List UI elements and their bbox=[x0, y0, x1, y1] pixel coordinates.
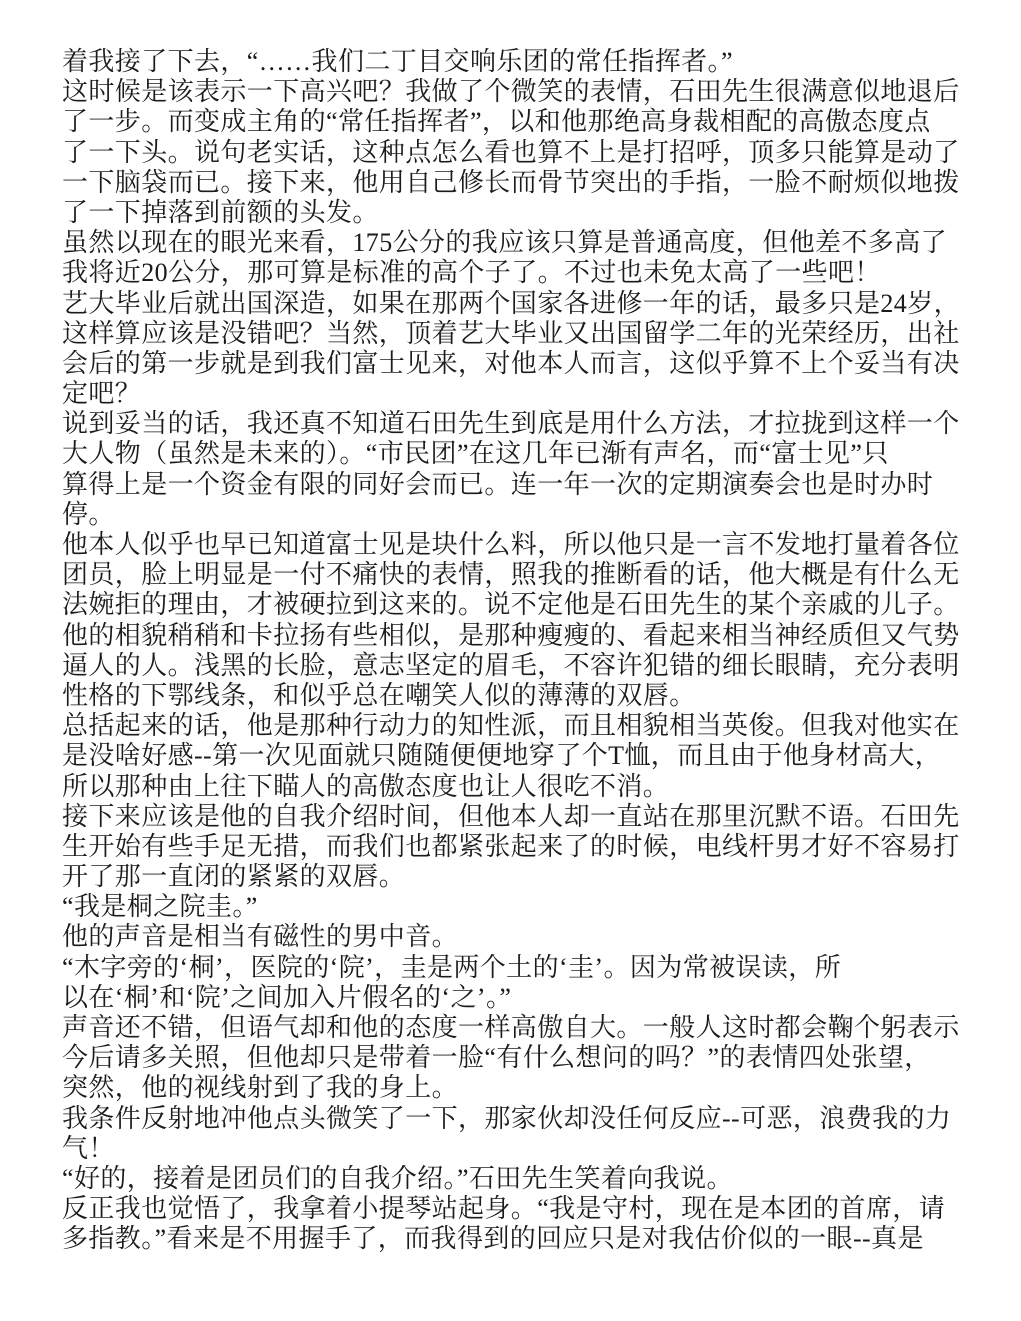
text-line: 是没啥好感--第一次见面就只随随便便地穿了个T恤，而且由于他身材高大， bbox=[62, 741, 967, 771]
text-line: 总括起来的话，他是那种行动力的知性派，而且相貌相当英俊。但我对他实在 bbox=[62, 711, 967, 741]
text-line: “木字旁的‘桐’，医院的‘院’，圭是两个土的‘圭’。因为常被误读，所 bbox=[62, 953, 967, 983]
text-line: 算得上是一个资金有限的同好会而已。连一年一次的定期演奏会也是时办时 bbox=[62, 470, 967, 500]
text-line: 着我接了下去，“……我们二丁目交响乐团的常任指挥者。” bbox=[62, 47, 967, 77]
text-line: 生开始有些手足无措，而我们也都紧张起来了的时候，电线杆男才好不容易打 bbox=[62, 832, 967, 862]
text-line: 反正我也觉悟了，我拿着小提琴站起身。“我是守村，现在是本团的首席，请 bbox=[62, 1194, 967, 1224]
text-line: 定吧？ bbox=[62, 379, 967, 409]
text-line: 他的相貌稍稍和卡拉扬有些相似，是那种瘦瘦的、看起来相当神经质但又气势 bbox=[62, 621, 967, 651]
text-line: 多指教。”看来是不用握手了，而我得到的回应只是对我估价似的一眼--真是 bbox=[62, 1224, 967, 1254]
text-line: 今后请多关照，但他却只是带着一脸“有什么想问的吗？”的表情四处张望， bbox=[62, 1043, 967, 1073]
text-line: 所以那种由上往下瞄人的高傲态度也让人很吃不消。 bbox=[62, 772, 967, 802]
text-line: 开了那一直闭的紧紧的双唇。 bbox=[62, 862, 967, 892]
text-line: 以在‘桐’和‘院’之间加入片假名的‘之’。” bbox=[62, 983, 967, 1013]
text-line: 法婉拒的理由，才被硬拉到这来的。说不定他是石田先生的某个亲戚的儿子。 bbox=[62, 590, 967, 620]
text-line: “我是桐之院圭。” bbox=[62, 892, 967, 922]
text-line: 了一下掉落到前额的头发。 bbox=[62, 198, 967, 228]
text-line: 这样算应该是没错吧？当然，顶着艺大毕业又出国留学二年的光荣经历，出社 bbox=[62, 319, 967, 349]
page-text: 着我接了下去，“……我们二丁目交响乐团的常任指挥者。”这时候是该表示一下高兴吧？… bbox=[62, 47, 967, 1255]
text-line: 他的声音是相当有磁性的男中音。 bbox=[62, 922, 967, 952]
text-line: 会后的第一步就是到我们富士见来，对他本人而言，这似乎算不上个妥当有决 bbox=[62, 349, 967, 379]
text-line: 停。 bbox=[62, 500, 967, 530]
text-line: 这时候是该表示一下高兴吧？我做了个微笑的表情，石田先生很满意似地退后 bbox=[62, 77, 967, 107]
text-line: 我条件反射地冲他点头微笑了一下，那家伙却没任何反应--可恶，浪费我的力 bbox=[62, 1104, 967, 1134]
text-line: 气！ bbox=[62, 1134, 967, 1164]
text-line: 声音还不错，但语气却和他的态度一样高傲自大。一般人这时都会鞠个躬表示 bbox=[62, 1013, 967, 1043]
document-page: 着我接了下去，“……我们二丁目交响乐团的常任指挥者。”这时候是该表示一下高兴吧？… bbox=[0, 0, 1021, 1321]
text-line: 他本人似乎也早已知道富士见是块什么料，所以他只是一言不发地打量着各位 bbox=[62, 530, 967, 560]
text-line: 接下来应该是他的自我介绍时间，但他本人却一直站在那里沉默不语。石田先 bbox=[62, 802, 967, 832]
text-line: 我将近20公分，那可算是标准的高个子了。不过也未免太高了一些吧！ bbox=[62, 258, 967, 288]
text-line: “好的，接着是团员们的自我介绍。”石田先生笑着向我说。 bbox=[62, 1164, 967, 1194]
text-line: 逼人的人。浅黑的长脸，意志坚定的眉毛，不容许犯错的细长眼睛，充分表明 bbox=[62, 651, 967, 681]
text-line: 性格的下鄂线条，和似乎总在嘲笑人似的薄薄的双唇。 bbox=[62, 681, 967, 711]
text-line: 突然，他的视线射到了我的身上。 bbox=[62, 1073, 967, 1103]
text-line: 了一步。而变成主角的“常任指挥者”，以和他那绝高身裁相配的高傲态度点 bbox=[62, 107, 967, 137]
text-line: 了一下头。说句老实话，这种点怎么看也算不上是打招呼，顶多只能算是动了 bbox=[62, 138, 967, 168]
text-line: 虽然以现在的眼光来看，175公分的我应该只算是普通高度，但他差不多高了 bbox=[62, 228, 967, 258]
text-line: 团员，脸上明显是一付不痛快的表情，照我的推断看的话，他大概是有什么无 bbox=[62, 560, 967, 590]
text-line: 说到妥当的话，我还真不知道石田先生到底是用什么方法，才拉拢到这样一个 bbox=[62, 409, 967, 439]
text-line: 大人物（虽然是未来的）。“市民团”在这几年已渐有声名，而“富士见”只 bbox=[62, 439, 967, 469]
text-line: 艺大毕业后就出国深造，如果在那两个国家各进修一年的话，最多只是24岁， bbox=[62, 289, 967, 319]
text-line: 一下脑袋而已。接下来，他用自己修长而骨节突出的手指，一脸不耐烦似地拨 bbox=[62, 168, 967, 198]
